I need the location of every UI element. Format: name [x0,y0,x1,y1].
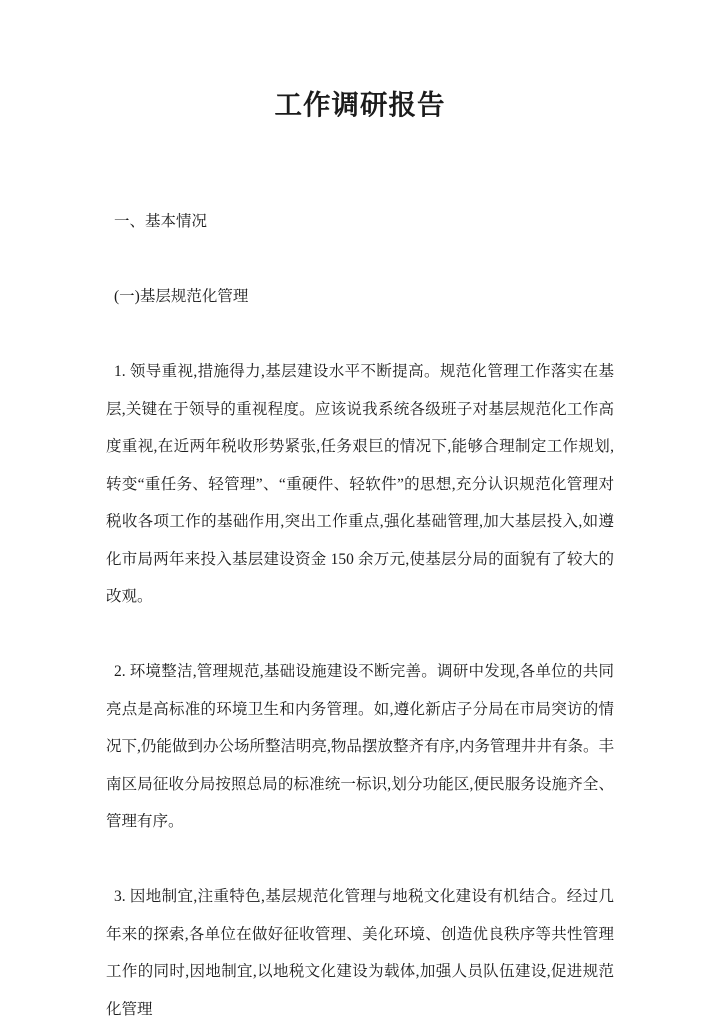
paragraph-3: 3. 因地制宜,注重特色,基层规范化管理与地税文化建设有机结合。经过几年来的探索… [106,878,614,1020]
paragraph-1: 1. 领导重视,措施得力,基层建设水平不断提高。规范化管理工作落实在基层,关键在… [106,353,614,616]
section-heading: 一、基本情况 [106,203,614,241]
doc-title: 工作调研报告 [106,86,614,124]
paragraph-2: 2. 环境整洁,管理规范,基础设施建设不断完善。调研中发现,各单位的共同亮点是高… [106,653,614,841]
document-page: 工作调研报告 一、基本情况 (一)基层规范化管理 1. 领导重视,措施得力,基层… [0,0,721,1020]
subsection-heading: (一)基层规范化管理 [106,278,614,316]
